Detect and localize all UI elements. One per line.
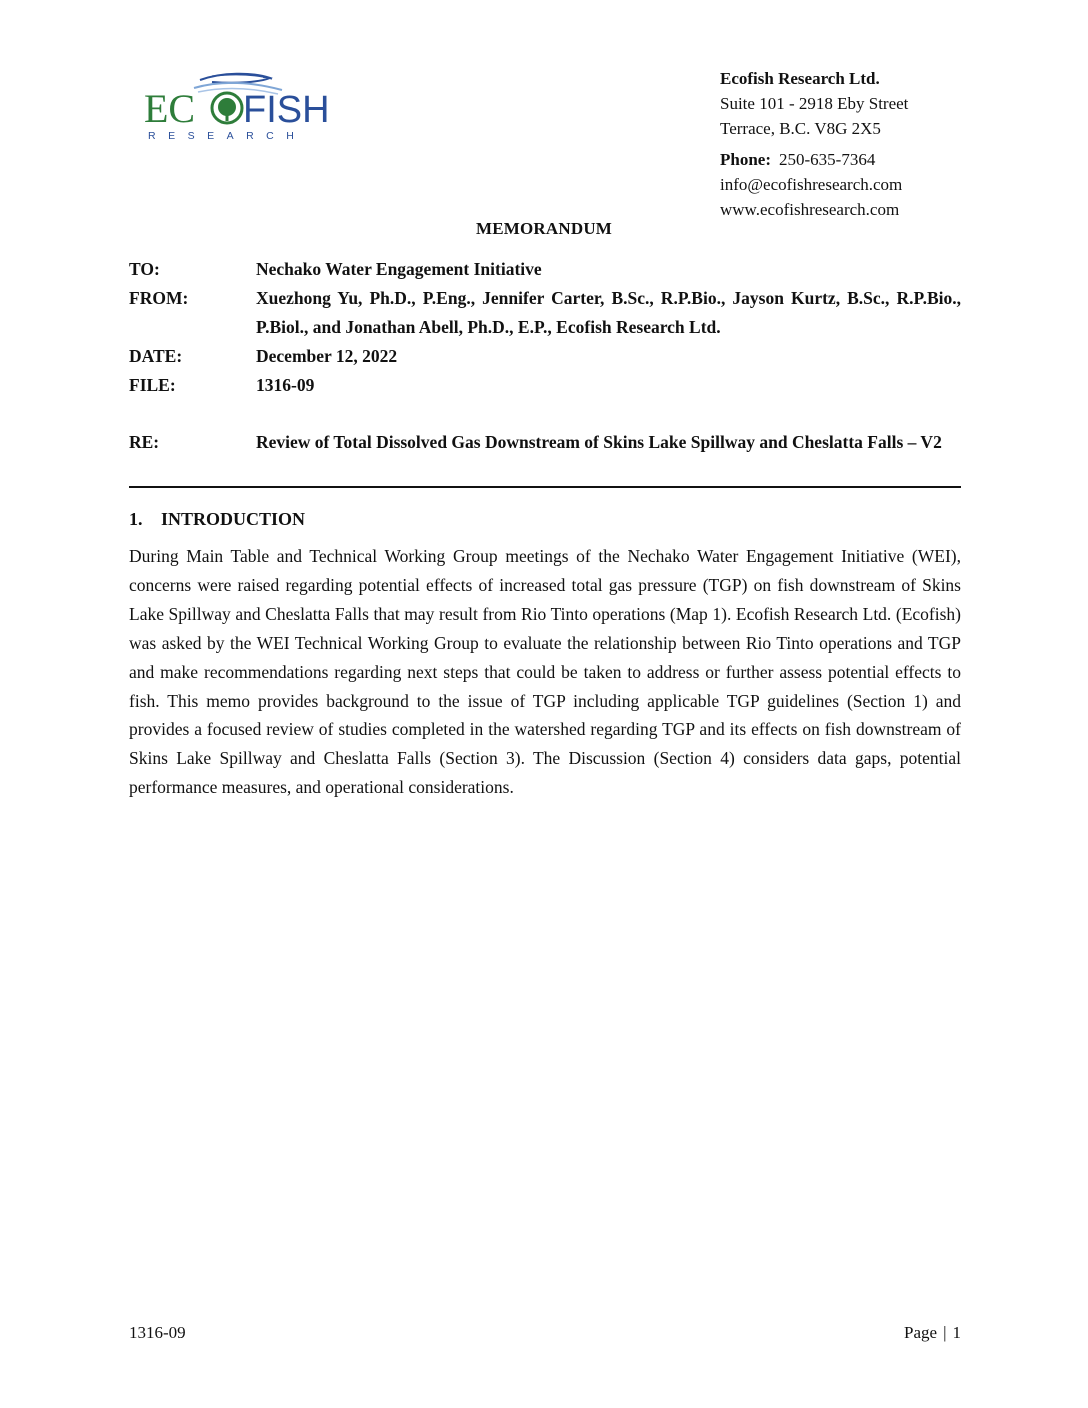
from-label: FROM: xyxy=(129,284,256,342)
to-label: TO: xyxy=(129,255,256,284)
page-separator: | xyxy=(943,1323,946,1342)
to-value: Nechako Water Engagement Initiative xyxy=(256,255,961,284)
file-row: FILE: 1316-09 xyxy=(129,371,961,400)
phone-number: 250-635-7364 xyxy=(779,150,875,169)
address-line2: Terrace, B.C. V8G 2X5 xyxy=(720,116,908,141)
footer-file-number: 1316-09 xyxy=(129,1323,186,1343)
date-row: DATE: December 12, 2022 xyxy=(129,342,961,371)
svg-text:RESEARCH: RESEARCH xyxy=(148,130,306,142)
ecofish-logo: EC FISH RESEARCH xyxy=(142,68,327,143)
address-line1: Suite 101 - 2918 Eby Street xyxy=(720,91,908,116)
from-row: FROM: Xuezhong Yu, Ph.D., P.Eng., Jennif… xyxy=(129,284,961,342)
page-label: Page xyxy=(904,1323,937,1342)
re-label: RE: xyxy=(129,428,256,457)
footer-page: Page|1 xyxy=(904,1323,961,1343)
to-row: TO: Nechako Water Engagement Initiative xyxy=(129,255,961,284)
from-value: Xuezhong Yu, Ph.D., P.Eng., Jennifer Car… xyxy=(256,284,961,342)
page-number: 1 xyxy=(953,1323,962,1342)
re-row: RE: Review of Total Dissolved Gas Downst… xyxy=(129,428,961,457)
section-number: 1. xyxy=(129,509,161,530)
phone-label: Phone: xyxy=(720,150,771,169)
header-divider xyxy=(129,486,961,488)
re-block: RE: Review of Total Dissolved Gas Downst… xyxy=(129,428,961,457)
date-value: December 12, 2022 xyxy=(256,342,961,371)
contact-block: Ecofish Research Ltd. Suite 101 - 2918 E… xyxy=(720,66,908,222)
file-value: 1316-09 xyxy=(256,371,961,400)
file-label: FILE: xyxy=(129,371,256,400)
phone-line: Phone:250-635-7364 xyxy=(720,147,908,172)
memo-title: MEMORANDUM xyxy=(0,219,1088,239)
logo-text-fish: FISH xyxy=(243,89,327,131)
re-value: Review of Total Dissolved Gas Downstream… xyxy=(256,428,961,457)
section-heading: 1.INTRODUCTION xyxy=(129,509,305,530)
logo-text-ec: EC xyxy=(144,86,195,131)
email-link[interactable]: info@ecofishresearch.com xyxy=(720,172,908,197)
memo-header: TO: Nechako Water Engagement Initiative … xyxy=(129,255,961,400)
section-title: INTRODUCTION xyxy=(161,509,305,529)
introduction-paragraph: During Main Table and Technical Working … xyxy=(129,542,961,802)
company-name: Ecofish Research Ltd. xyxy=(720,66,908,91)
date-label: DATE: xyxy=(129,342,256,371)
